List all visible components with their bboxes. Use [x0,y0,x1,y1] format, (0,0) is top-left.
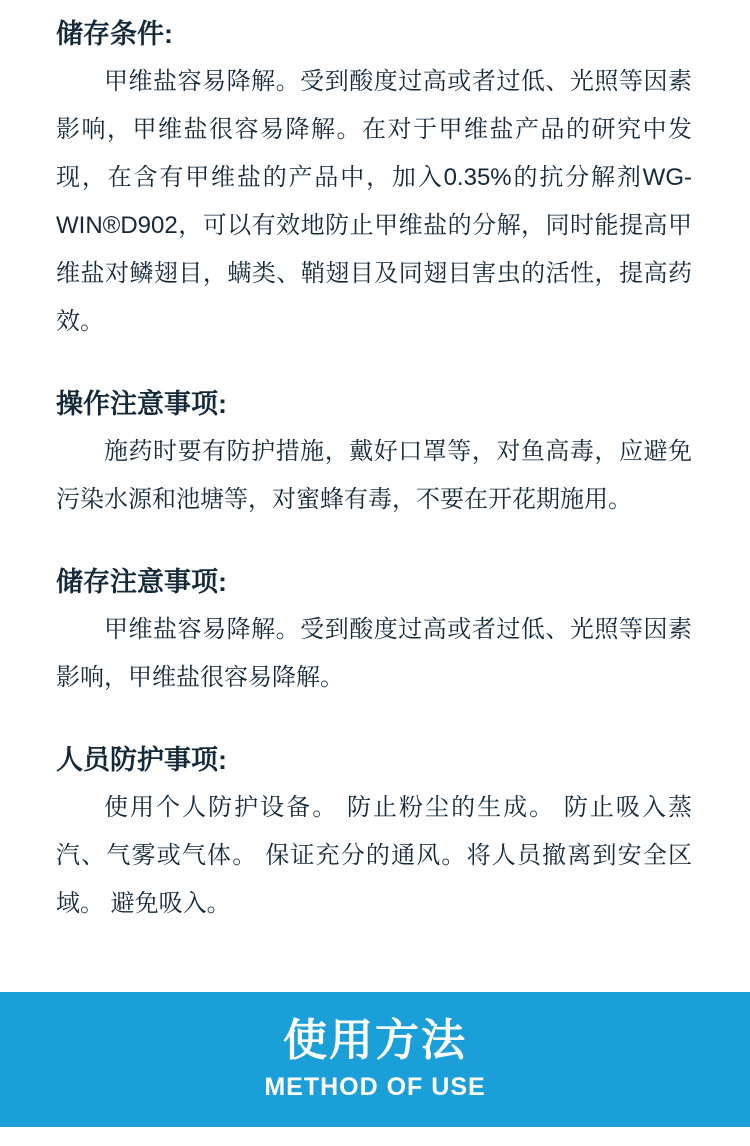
section-heading-storage-conditions: 储存条件: [56,10,692,58]
section-body-operation-precautions: 施药时要有防护措施，戴好口罩等，对鱼高毒，应避免污染水源和池塘等，对蜜蜂有毒，不… [56,428,692,524]
section-storage-conditions: 储存条件: 甲维盐容易降解。受到酸度过高或者过低、光照等因素影响，甲维盐很容易降… [56,10,692,346]
section-heading-operation-precautions: 操作注意事项: [56,380,692,428]
product-detail-page: 储存条件: 甲维盐容易降解。受到酸度过高或者过低、光照等因素影响，甲维盐很容易降… [0,0,750,1146]
section-body-storage-conditions: 甲维盐容易降解。受到酸度过高或者过低、光照等因素影响，甲维盐很容易降解。在对于甲… [56,58,692,346]
section-operation-precautions: 操作注意事项: 施药时要有防护措施，戴好口罩等，对鱼高毒，应避免污染水源和池塘等… [56,380,692,524]
banner-subtitle-en: METHOD OF USE [264,1075,485,1100]
section-storage-precautions: 储存注意事项: 甲维盐容易降解。受到酸度过高或者过低、光照等因素影响，甲维盐很容… [56,558,692,702]
precautions-content: 储存条件: 甲维盐容易降解。受到酸度过高或者过低、光照等因素影响，甲维盐很容易降… [0,0,750,928]
section-body-storage-precautions: 甲维盐容易降解。受到酸度过高或者过低、光照等因素影响，甲维盐很容易降解。 [56,606,692,702]
section-body-personnel-protection: 使用个人防护设备。 防止粉尘的生成。 防止吸入蒸汽、气雾或气体。 保证充分的通风… [56,784,692,928]
section-personnel-protection: 人员防护事项: 使用个人防护设备。 防止粉尘的生成。 防止吸入蒸汽、气雾或气体。… [56,736,692,928]
banner-title-cn: 使用方法 [283,1019,467,1063]
section-heading-personnel-protection: 人员防护事项: [56,736,692,784]
method-of-use-banner: 使用方法 METHOD OF USE [0,992,750,1127]
section-heading-storage-precautions: 储存注意事项: [56,558,692,606]
